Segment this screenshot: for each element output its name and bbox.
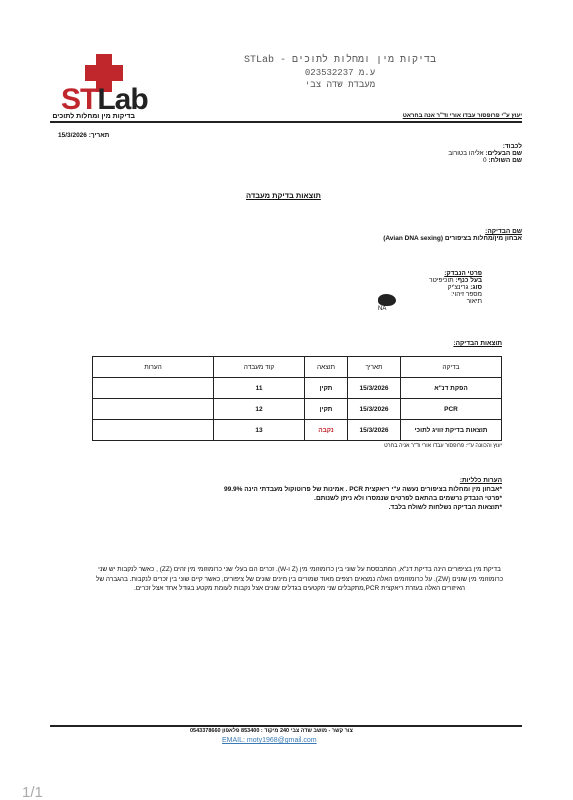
table-row: PCR 15/3/2026 תקין 12 — [93, 399, 502, 420]
general-notes-label: הערות כלליות: — [182, 476, 502, 485]
test-name-value: אבחון מין/מחלות בציפורים (Avian DNA sexi… — [383, 235, 522, 242]
results-label: תוצאות הבדיקה: — [453, 340, 502, 347]
col-result: תוצאה — [305, 357, 348, 378]
bird-id-label: מספר זיהוי: — [352, 291, 482, 298]
cell-test: PCR — [401, 399, 502, 420]
cell-code: 11 — [214, 378, 305, 399]
logo-wordmark: STLab — [61, 83, 148, 117]
recipient-block: לכבוד: שם הבעלים: אליהו בטורוב שם השולח:… — [448, 143, 522, 164]
bird-owner-value: תוכיפיטר — [429, 277, 454, 284]
header-divider — [50, 121, 522, 123]
bird-owner-label: בעל כנף: — [455, 277, 482, 284]
general-note: *אבחון מין ומחלות בציפורים נעשה ע"י ריאק… — [182, 485, 502, 494]
cell-result-female: נקבה — [305, 420, 348, 441]
sender-label: שם השולח: — [488, 157, 522, 164]
footer-divider — [50, 725, 522, 727]
table-header-row: בדיקה תאריך תוצאה קוד מעבדה הערות — [93, 357, 502, 378]
bird-image: NA — [378, 294, 396, 312]
bird-type-label: סוג: — [470, 284, 482, 291]
page-indicator: 1/1 — [22, 784, 43, 800]
stlab-logo: STLab בדיקות מין ומחלות לתוכים — [57, 50, 135, 120]
date-value: 15/3/2026 — [58, 132, 87, 139]
date-label: תאריך: — [89, 132, 110, 139]
owner-value: אליהו בטורוב — [448, 150, 483, 157]
bird-details-block: פרטי הנבדק: בעל כנף: תוכיפיטר סוג: גרינצ… — [352, 270, 482, 305]
explanation-paragraph: בדיקת מין בציפורים הינה בדיקת דנ"א, המתב… — [92, 565, 507, 594]
test-name-label: שם הבדיקה: — [383, 228, 522, 235]
bird-details-label: פרטי הנבדק: — [352, 270, 482, 277]
table-row: הפקת דנ"א 15/3/2026 תקין 11 — [93, 378, 502, 399]
cell-result: תקין — [305, 399, 348, 420]
logo-st: ST — [61, 83, 97, 116]
bird-desc-label: תיאור — [352, 298, 482, 305]
cell-test: הפקת דנ"א — [401, 378, 502, 399]
header-advisor: יעוץ ע"י פרופסור עבדו אורי וד"ר אנה בחרא… — [403, 113, 522, 119]
cell-test: תוצאות בדיקת זוויג לתוכי — [401, 420, 502, 441]
test-name-block: שם הבדיקה: אבחון מין/מחלות בציפורים (Avi… — [383, 228, 522, 242]
bird-type-value: גרינצ'יק — [448, 284, 469, 291]
red-cross-bar — [85, 65, 123, 81]
logo-tagline: בדיקות מין ומחלות לתוכים — [57, 113, 135, 120]
cell-date: 15/3/2026 — [348, 399, 401, 420]
col-lab-code: קוד מעבדה — [214, 357, 305, 378]
results-signoff: יעוץ והכוונה ע"י: פרופסור עבדו אורי וד"ר… — [384, 443, 502, 449]
cell-code: 12 — [214, 399, 305, 420]
general-note: *פרטי הנבדק נרשמים בהתאם לפרטים שנמסרו ו… — [182, 494, 502, 503]
cell-notes — [93, 378, 214, 399]
general-note: *תוצאות הבדיקה נשלחות לשולח בלבד. — [182, 503, 502, 512]
owner-label: שם הבעלים: — [485, 150, 522, 157]
bird-image-caption: NA — [378, 306, 396, 312]
table-row: תוצאות בדיקת זוויג לתוכי 15/3/2026 נקבה … — [93, 420, 502, 441]
cell-date: 15/3/2026 — [348, 420, 401, 441]
cell-code: 13 — [214, 420, 305, 441]
header-business-id: ע.מ 023532237 — [220, 68, 460, 78]
footer-contact: צור קשר - מושב שדה צבי 240 מיקוד : 85340… — [190, 728, 353, 734]
document-title: תוצאות בדיקת מעבדה — [246, 191, 321, 200]
footer-email-link[interactable]: EMAIL: moty1968@gmail.com — [222, 737, 317, 744]
header-title: בדיקות מין ומחלות לתוכים - STLab — [220, 55, 460, 66]
general-notes: הערות כלליות: *אבחון מין ומחלות בציפורים… — [182, 476, 502, 512]
results-table: בדיקה תאריך תוצאה קוד מעבדה הערות הפקת ד… — [92, 356, 502, 441]
logo-lab: Lab — [97, 83, 147, 116]
col-notes: הערות — [93, 357, 214, 378]
date-line: תאריך: 15/3/2026 — [58, 132, 109, 139]
header-lab-location: מעבדת שדה צבי — [220, 80, 460, 90]
col-test: בדיקה — [401, 357, 502, 378]
to-label: לכבוד: — [448, 143, 522, 150]
sender-value: 0 — [483, 157, 487, 164]
cell-date: 15/3/2026 — [348, 378, 401, 399]
col-date: תאריך — [348, 357, 401, 378]
cell-notes — [93, 399, 214, 420]
cell-result: תקין — [305, 378, 348, 399]
cell-notes — [93, 420, 214, 441]
bird-image-placeholder — [378, 294, 396, 306]
